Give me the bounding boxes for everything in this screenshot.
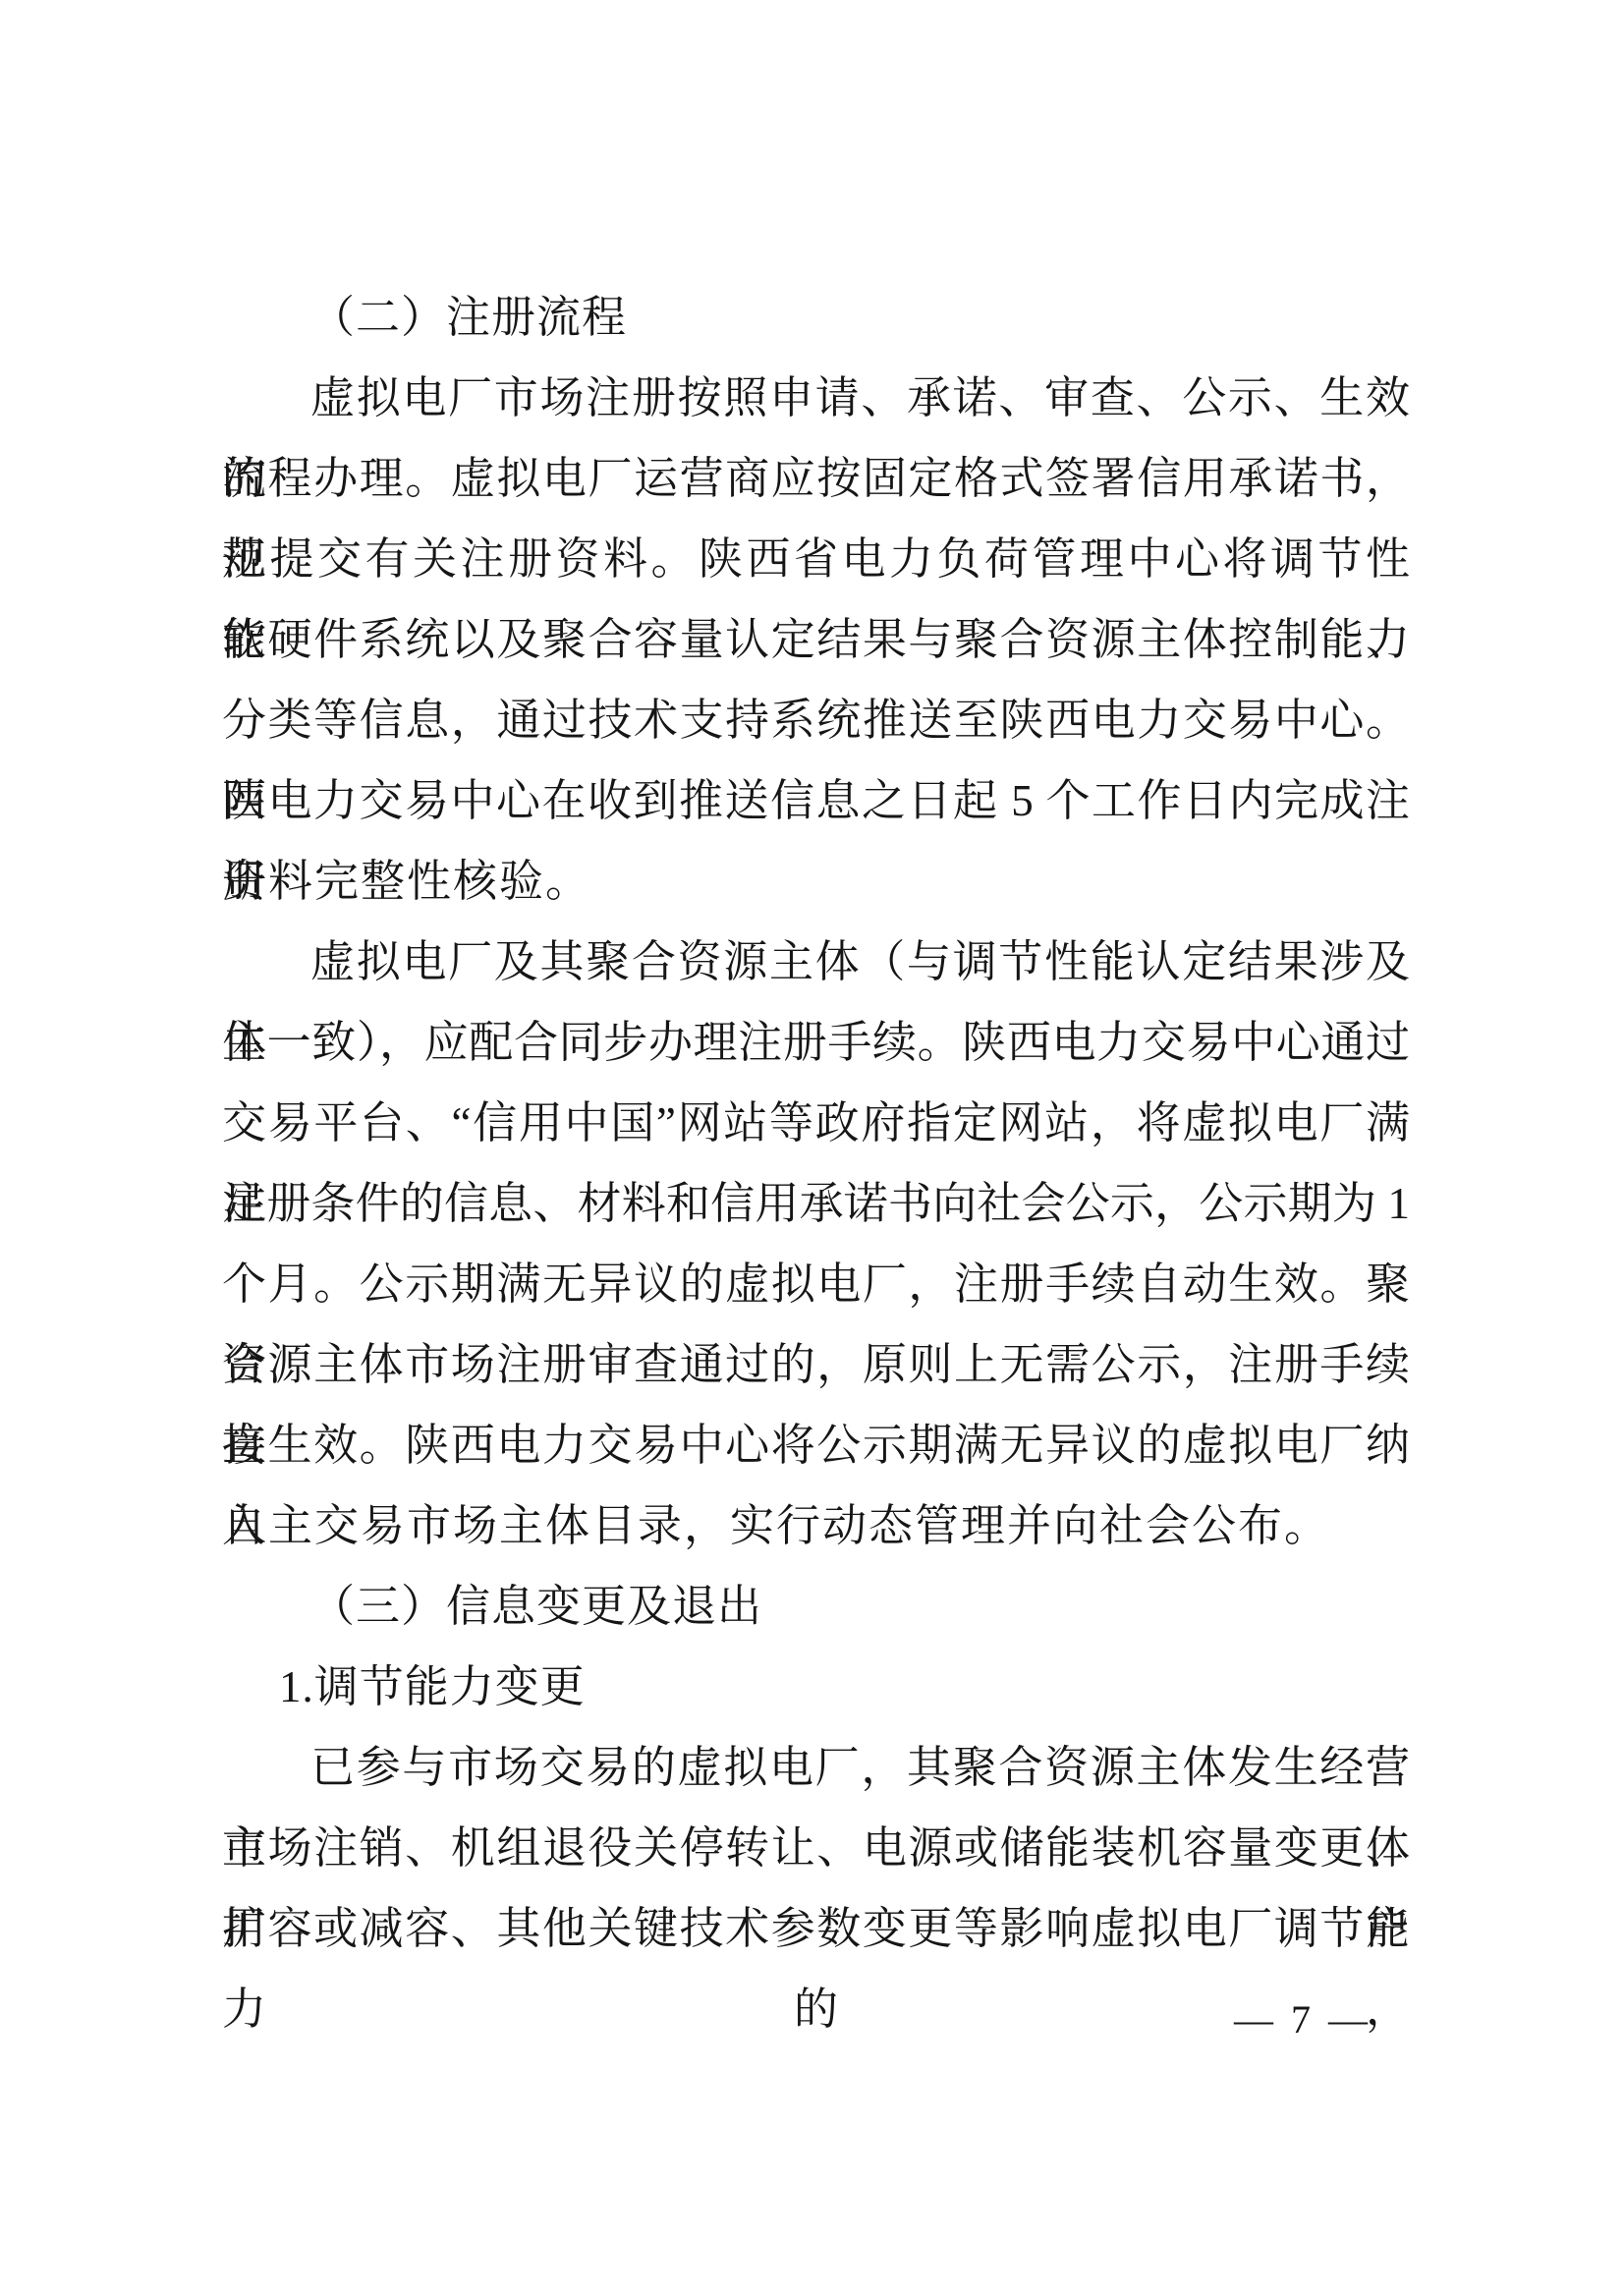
page-number: — 7 — bbox=[1234, 2000, 1372, 2040]
document-line: 资料完整性核验。 bbox=[222, 841, 1410, 922]
document-line: 已参与市场交易的虚拟电厂，其聚合资源主体发生经营主体 bbox=[222, 1727, 1410, 1808]
document-line: 资源主体市场注册审查通过的，原则上无需公示，注册手续直 bbox=[222, 1324, 1410, 1405]
document-line: 流程办理。虚拟电厂运营商应按固定格式签署信用承诺书，规 bbox=[222, 438, 1410, 519]
document-line: 注册条件的信息、材料和信用承诺书向社会公示，公示期为 1 bbox=[222, 1163, 1410, 1244]
document-line: （二）注册流程 bbox=[222, 277, 1410, 358]
document-line: 软硬件系统以及聚合容量认定结果与聚合资源主体控制能力 bbox=[222, 599, 1410, 680]
document-line: 个月。公示期满无异议的虚拟电厂，注册手续自动生效。聚合 bbox=[222, 1244, 1410, 1324]
document-line: 体一致），应配合同步办理注册手续。陕西电力交易中心通过 bbox=[222, 1002, 1410, 1083]
document-line: 市场注销、机组退役关停转让、电源或储能装机容量变更、用户 bbox=[222, 1808, 1410, 1888]
document-line: 扩容或减容、其他关键技术参数变更等影响虚拟电厂调节能力的， bbox=[222, 1888, 1410, 1969]
text-column: （二）注册流程虚拟电厂市场注册按照申请、承诺、审查、公示、生效的流程办理。虚拟电… bbox=[222, 277, 1410, 1969]
document-line: 自主交易市场主体目录，实行动态管理并向社会公布。 bbox=[222, 1485, 1410, 1566]
document-line: 范提交有关注册资料。陕西省电力负荷管理中心将调节性能、 bbox=[222, 519, 1410, 599]
document-line: （三）信息变更及退出 bbox=[222, 1566, 1410, 1647]
document-line: 1.调节能力变更 bbox=[222, 1647, 1410, 1727]
document-line: 西电力交易中心在收到推送信息之日起 5 个工作日内完成注册 bbox=[222, 760, 1410, 841]
document-line: 虚拟电厂市场注册按照申请、承诺、审查、公示、生效的 bbox=[222, 358, 1410, 438]
document-line: 交易平台、“信用中国”网站等政府指定网站，将虚拟电厂满足 bbox=[222, 1083, 1410, 1163]
document-line: 分类等信息，通过技术支持系统推送至陕西电力交易中心。陕 bbox=[222, 680, 1410, 760]
document-page: （二）注册流程虚拟电厂市场注册按照申请、承诺、审查、公示、生效的流程办理。虚拟电… bbox=[0, 0, 1624, 2295]
document-line: 虚拟电厂及其聚合资源主体（与调节性能认定结果涉及主 bbox=[222, 922, 1410, 1002]
document-line: 接生效。陕西电力交易中心将公示期满无异议的虚拟电厂纳入 bbox=[222, 1405, 1410, 1485]
